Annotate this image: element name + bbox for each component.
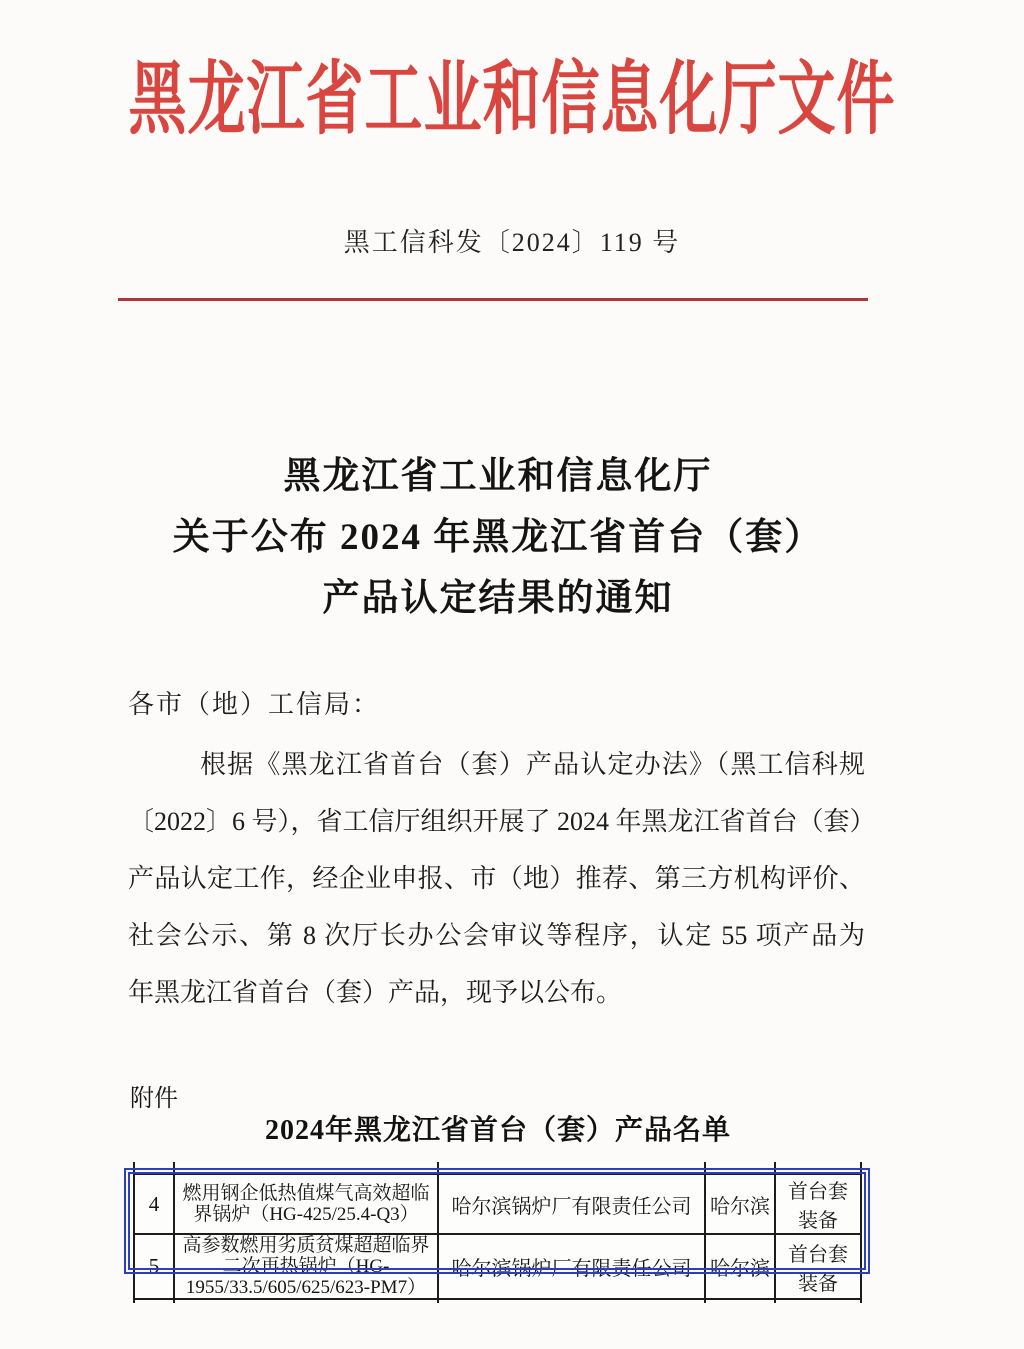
document-title: 黑龙江省工业和信息化厅 关于公布 2024 年黑龙江省首台（套） 产品认定结果的… (128, 446, 868, 629)
cell-product-name: 燃用钢企低热值煤气高效超临界锅炉（HG-425/25.4-Q3） (174, 1174, 438, 1234)
red-divider-line (118, 298, 868, 301)
cell-category: 首台套装备 (775, 1234, 861, 1299)
document-page: 黑龙江省工业和信息化厅文件 黑工信科发〔2024〕119 号 黑龙江省工业和信息… (0, 0, 1024, 1349)
body-line: 社会公示、第 8 次厅长办公会审议等程序，认定 55 项产品为 2024 (128, 907, 865, 964)
cell-category: 首台套装备 (775, 1174, 861, 1234)
attachment-table-title: 2024年黑龙江省首台（套）产品名单 (128, 1108, 868, 1148)
table-row: 4 燃用钢企低热值煤气高效超临界锅炉（HG-425/25.4-Q3） 哈尔滨锅炉… (134, 1174, 861, 1234)
product-list-table: 4 燃用钢企低热值煤气高效超临界锅炉（HG-425/25.4-Q3） 哈尔滨锅炉… (133, 1162, 862, 1303)
cell-city: 哈尔滨 (705, 1234, 775, 1299)
cell-company: 哈尔滨锅炉厂有限责任公司 (438, 1234, 705, 1299)
body-line: 〔2022〕6 号），省工信厅组织开展了 2024 年黑龙江省首台（套） (128, 793, 865, 850)
body-line: 产品认定工作，经企业申报、市（地）推荐、第三方机构评价、 (128, 850, 865, 907)
cell-product-name: 高参数燃用劣质贫煤超超临界二次再热锅炉（HG-1955/33.5/605/625… (174, 1234, 438, 1299)
cell-row-number: 4 (134, 1174, 174, 1234)
cell-row-number: 5 (134, 1234, 174, 1299)
title-line-1: 黑龙江省工业和信息化厅 (128, 446, 868, 507)
table-row: 5 高参数燃用劣质贫煤超超临界二次再热锅炉（HG-1955/33.5/605/6… (134, 1234, 861, 1299)
body-line: 根据《黑龙江省首台（套）产品认定办法》（黑工信科规 (128, 736, 865, 793)
body-paragraph: 根据《黑龙江省首台（套）产品认定办法》（黑工信科规 〔2022〕6 号），省工信… (128, 736, 865, 1021)
cell-city: 哈尔滨 (705, 1174, 775, 1234)
title-line-3: 产品认定结果的通知 (128, 568, 868, 629)
body-line: 年黑龙江省首台（套）产品，现予以公布。 (128, 964, 865, 1021)
agency-letterhead: 黑龙江省工业和信息化厅文件 (0, 34, 1024, 150)
salutation: 各市（地）工信局： (128, 684, 380, 721)
title-line-2: 关于公布 2024 年黑龙江省首台（套） (128, 507, 868, 568)
cell-company: 哈尔滨锅炉厂有限责任公司 (438, 1174, 705, 1234)
document-number: 黑工信科发〔2024〕119 号 (0, 222, 1024, 259)
table-row-partial-bottom (134, 1299, 861, 1303)
table-row-partial-top (134, 1162, 861, 1174)
